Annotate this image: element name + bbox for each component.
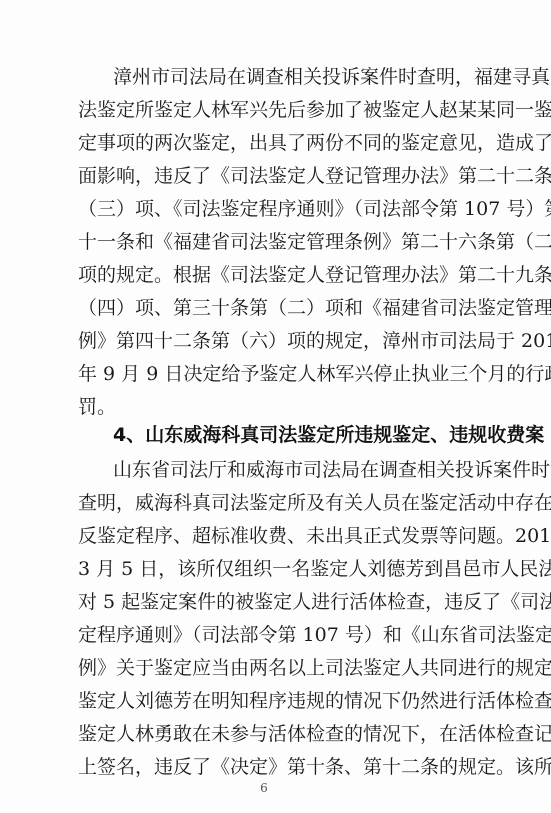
text-line: 罚。 [78,395,468,419]
text-line: 漳州市司法局在调查相关投诉案件时查明，福建寻真司 [113,65,468,89]
text-line: 反鉴定程序、超标准收费、未出具正式发票等问题。2015 年 [78,524,468,548]
text-line: 例》第四十二条第（六）项的规定，漳州市司法局于 2015 [78,329,468,353]
text-line: 十一条和《福建省司法鉴定管理条例》第二十六条第（二） [78,230,468,254]
text-line: 年 9 月 9 日决定给予鉴定人林军兴停止执业三个月的行政处 [78,362,468,386]
text-line: 山东省司法厅和威海市司法局在调查相关投诉案件时 [113,458,468,482]
text-line: （四）项、第三十条第（二）项和《福建省司法鉴定管理条 [78,296,468,320]
text-line: 定事项的两次鉴定，出具了两份不同的鉴定意见，造成了负 [78,131,468,155]
text-line: 对 5 起鉴定案件的被鉴定人进行活体检查，违反了《司法鉴 [78,590,468,614]
text-line: 查明，威海科真司法鉴定所及有关人员在鉴定活动中存在违 [78,491,468,515]
document-page: 漳州市司法局在调查相关投诉案件时查明，福建寻真司 法鉴定所鉴定人林军兴先后参加了… [0,0,551,813]
section-heading: 4、山东威海科真司法鉴定所违规鉴定、违规收费案 [113,422,544,448]
text-line: 定程序通则》（司法部令第 107 号）和《山东省司法鉴定条 [78,623,468,647]
text-line: 法鉴定所鉴定人林军兴先后参加了被鉴定人赵某某同一鉴 [78,98,468,122]
text-line: 3 月 5 日，该所仅组织一名鉴定人刘德芳到昌邑市人民法院 [78,557,468,581]
text-line: 上签名，违反了《决定》第十条、第十二条的规定。该所在 [78,755,468,779]
text-line: （三）项、《司法鉴定程序通则》（司法部令第 107 号）第三 [78,197,468,221]
page-number: 6 [258,781,270,795]
text-line: 面影响，违反了《司法鉴定人登记管理办法》第二十二条第 [78,164,468,188]
text-line: 项的规定。根据《司法鉴定人登记管理办法》第二十九条第 [78,263,468,287]
text-line: 鉴定人刘德芳在明知程序违规的情况下仍然进行活体检查， [78,689,468,713]
text-line: 例》关于鉴定应当由两名以上司法鉴定人共同进行的规定。 [78,656,468,680]
text-line: 鉴定人林勇敢在未参与活体检查的情况下，在活体检查记录 [78,722,468,746]
